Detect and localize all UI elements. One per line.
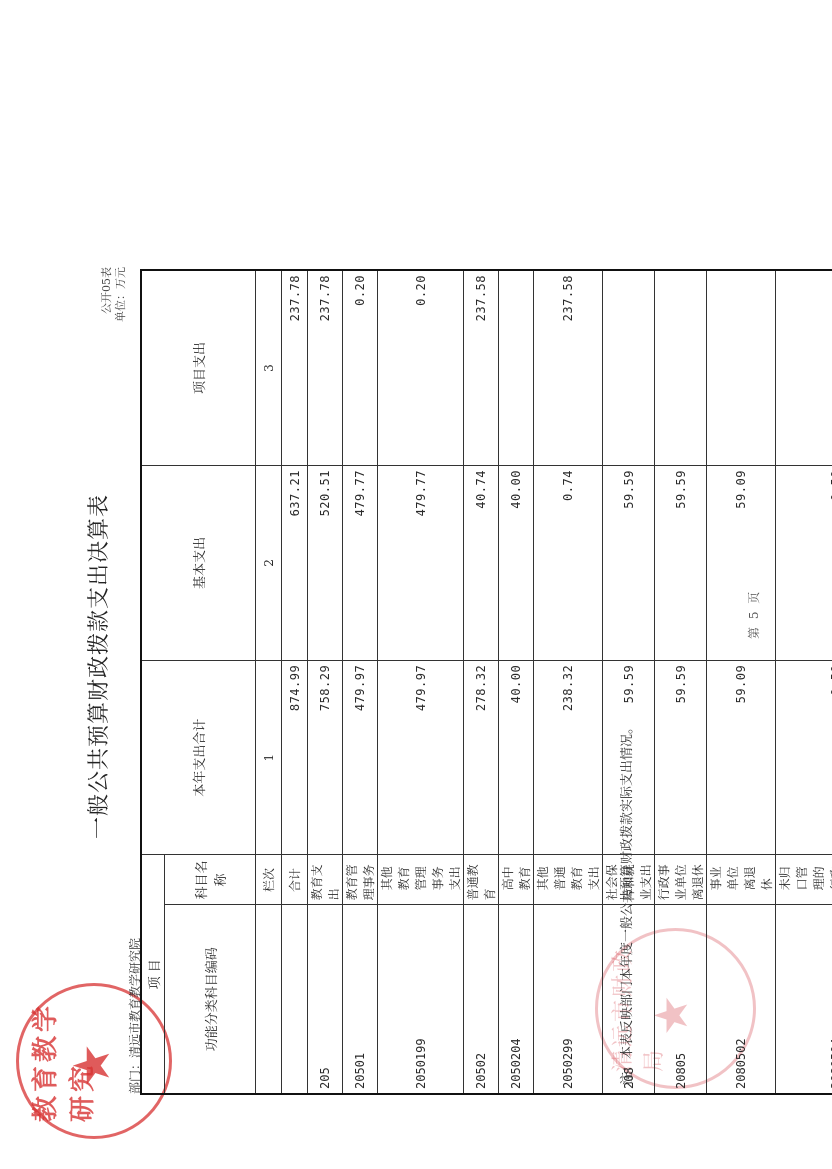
total-cell: 0.50 — [776, 660, 832, 855]
document-title: 一般公共预算财政拨款支出决算表 — [82, 494, 113, 839]
subject-name-cell: 事业单位离退休 — [707, 855, 776, 905]
table-row: 20501教育管理事务479.97479.770.20 — [343, 270, 378, 1094]
basic-cell: 0.50 — [776, 466, 832, 661]
subject-name-cell: 高中教育 — [499, 855, 534, 905]
subject-name-cell: 行政事业单位离退休 — [655, 855, 707, 905]
form-number: 公开05表 — [100, 267, 114, 357]
form-number-and-unit: 公开05表 单位：万元 — [100, 267, 128, 357]
index-project: 3 — [256, 270, 282, 466]
header-total: 本年支出合计 — [141, 660, 256, 855]
basic-cell: 520.51 — [308, 466, 343, 661]
project-cell — [655, 270, 707, 466]
basic-cell: 59.59 — [655, 466, 707, 661]
project-cell: 0.20 — [378, 270, 464, 466]
unit-label: 单位：万元 — [114, 267, 128, 357]
subject-name-cell: 其他教育管理事务支出 — [378, 855, 464, 905]
subject-name-cell: 普通教育 — [464, 855, 499, 905]
basic-cell: 479.77 — [343, 466, 378, 661]
project-cell — [603, 270, 655, 466]
project-cell: 237.58 — [534, 270, 603, 466]
project-cell: 237.78 — [282, 270, 308, 466]
total-cell: 479.97 — [343, 660, 378, 855]
index-code-cell — [256, 905, 282, 1094]
code-cell: 2080502 — [707, 905, 776, 1094]
header-row-1: 项 目 本年支出合计 基本支出 项目支出 — [141, 270, 165, 1094]
header-project: 项目支出 — [141, 270, 256, 466]
project-cell: 0.20 — [343, 270, 378, 466]
header-name: 科目名称 — [165, 855, 256, 905]
header-group: 项 目 — [141, 855, 165, 1094]
subject-name-cell: 其他普通教育支出 — [534, 855, 603, 905]
total-cell: 59.09 — [707, 660, 776, 855]
code-cell: 2050199 — [378, 905, 464, 1094]
basic-cell: 40.74 — [464, 466, 499, 661]
code-cell: 2050204 — [499, 905, 534, 1094]
table-note: 注：本表反映部门本年度一般公共预算财政拨款实际支出情况。 — [616, 721, 635, 1085]
project-cell: 237.78 — [308, 270, 343, 466]
table-row: 20805行政事业单位离退休59.5959.59 — [655, 270, 707, 1094]
table-row: 2080502事业单位离退休59.0959.09 — [707, 270, 776, 1094]
header-code: 功能分类科目编码 — [165, 905, 256, 1094]
project-cell — [776, 270, 832, 466]
total-cell: 278.32 — [464, 660, 499, 855]
page-number: 第 5 页 — [745, 590, 762, 639]
subject-name-cell: 教育支出 — [308, 855, 343, 905]
code-cell: 20502 — [464, 905, 499, 1094]
table-row: 2080504未归口管理的行政单位离退休0.500.50 — [776, 270, 832, 1094]
total-cell: 238.32 — [534, 660, 603, 855]
expenditure-table: 项 目 本年支出合计 基本支出 项目支出 功能分类科目编码 科目名称 栏次 1 … — [140, 269, 832, 1095]
table-row: 20502普通教育278.3240.74237.58 — [464, 270, 499, 1094]
subject-name-cell: 教育管理事务 — [343, 855, 378, 905]
code-cell: 20501 — [343, 905, 378, 1094]
table-row: 2050299其他普通教育支出238.320.74237.58 — [534, 270, 603, 1094]
code-cell: 2080504 — [776, 905, 832, 1094]
code-cell: 2050299 — [534, 905, 603, 1094]
total-cell: 874.99 — [282, 660, 308, 855]
project-cell — [499, 270, 534, 466]
basic-cell: 40.00 — [499, 466, 534, 661]
subject-name-cell: 未归口管理的行政单位离退休 — [776, 855, 832, 905]
table-row: 合计874.99637.21237.78 — [282, 270, 308, 1094]
rotated-document-page: 教育教学研究 ★ 清远市财政局 ★ 一般公共预算财政拨款支出决算表 公开05表 … — [0, 0, 832, 1169]
total-cell: 758.29 — [308, 660, 343, 855]
index-label: 栏次 — [256, 855, 282, 905]
basic-cell: 59.59 — [603, 466, 655, 661]
subject-name-cell: 合计 — [282, 855, 308, 905]
code-cell — [282, 905, 308, 1094]
star-icon: ★ — [63, 1043, 121, 1088]
project-cell: 237.58 — [464, 270, 499, 466]
index-row: 栏次 1 2 3 — [256, 270, 282, 1094]
total-cell: 479.97 — [378, 660, 464, 855]
table-row: 205教育支出758.29520.51237.78 — [308, 270, 343, 1094]
total-cell: 40.00 — [499, 660, 534, 855]
header-basic: 基本支出 — [141, 466, 256, 661]
total-cell: 59.59 — [655, 660, 707, 855]
project-cell — [707, 270, 776, 466]
basic-cell: 637.21 — [282, 466, 308, 661]
basic-cell: 59.09 — [707, 466, 776, 661]
code-cell: 205 — [308, 905, 343, 1094]
index-basic: 2 — [256, 466, 282, 661]
code-cell: 20805 — [655, 905, 707, 1094]
basic-cell: 0.74 — [534, 466, 603, 661]
table-row: 2050199其他教育管理事务支出479.97479.770.20 — [378, 270, 464, 1094]
index-total: 1 — [256, 660, 282, 855]
basic-cell: 479.77 — [378, 466, 464, 661]
table-row: 2050204高中教育40.0040.00 — [499, 270, 534, 1094]
